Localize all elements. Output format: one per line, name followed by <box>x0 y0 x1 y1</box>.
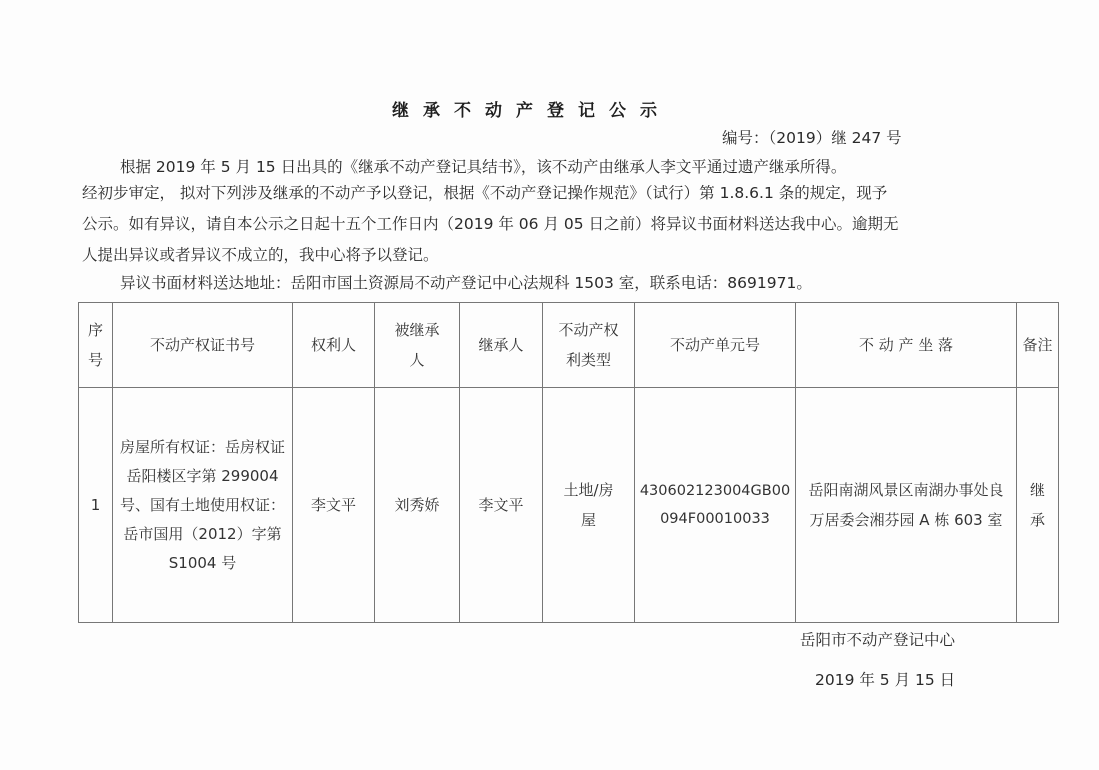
header-heir: 继承人 <box>460 303 543 388</box>
document-number: 编号：（2019）继 247 号 <box>722 126 902 148</box>
cell-cert-no: 房屋所有权证：岳房权证岳阳楼区字第 299004 号、国有土地使用权证：岳市国用… <box>113 388 293 623</box>
cell-decedent: 刘秀娇 <box>375 388 460 623</box>
paragraph-3: 公示。如有异议，请自本公示之日起十五个工作日内（2019 年 06 月 05 日… <box>82 213 899 235</box>
cell-unit-no: 430602123004GB00094F00010033 <box>635 388 796 623</box>
cell-right-holder: 李文平 <box>293 388 375 623</box>
table-row: 1 房屋所有权证：岳房权证岳阳楼区字第 299004 号、国有土地使用权证：岳市… <box>79 388 1059 623</box>
header-unit-no: 不动产单元号 <box>635 303 796 388</box>
signature-date: 2019 年 5 月 15 日 <box>815 668 955 690</box>
paragraph-2: 经初步审定， 拟对下列涉及继承的不动产予以登记，根据《不动产登记操作规范》（试行… <box>82 182 887 204</box>
table-header-row: 序号 不动产权证书号 权利人 被继承人 继承人 不动产权利类型 不动产单元号 不… <box>79 303 1059 388</box>
cell-heir: 李文平 <box>460 388 543 623</box>
header-seq: 序号 <box>79 303 113 388</box>
header-decedent: 被继承人 <box>375 303 460 388</box>
cell-seq: 1 <box>79 388 113 623</box>
paragraph-1: 根据 2019 年 5 月 15 日出具的《继承不动产登记具结书》，该不动产由继… <box>120 156 846 178</box>
header-right-type: 不动产权利类型 <box>543 303 635 388</box>
header-location: 不 动 产 坐 落 <box>796 303 1017 388</box>
paragraph-4: 人提出异议或者异议不成立的，我中心将予以登记。 <box>82 244 439 266</box>
header-cert-no: 不动产权证书号 <box>113 303 293 388</box>
address-paragraph: 异议书面材料送达地址：岳阳市国土资源局不动产登记中心法规科 1503 室，联系电… <box>120 272 812 294</box>
cell-location: 岳阳南湖风景区南湖办事处良万居委会湘芬园 A 栋 603 室 <box>796 388 1017 623</box>
cell-right-type: 土地/房屋 <box>543 388 635 623</box>
document-title: 继承不动产登记公示 <box>392 96 671 121</box>
registration-table: 序号 不动产权证书号 权利人 被继承人 继承人 不动产权利类型 不动产单元号 不… <box>78 302 1059 623</box>
signature-issuer: 岳阳市不动产登记中心 <box>800 628 955 650</box>
cell-remark: 继承 <box>1017 388 1059 623</box>
header-right-holder: 权利人 <box>293 303 375 388</box>
header-remark: 备注 <box>1017 303 1059 388</box>
